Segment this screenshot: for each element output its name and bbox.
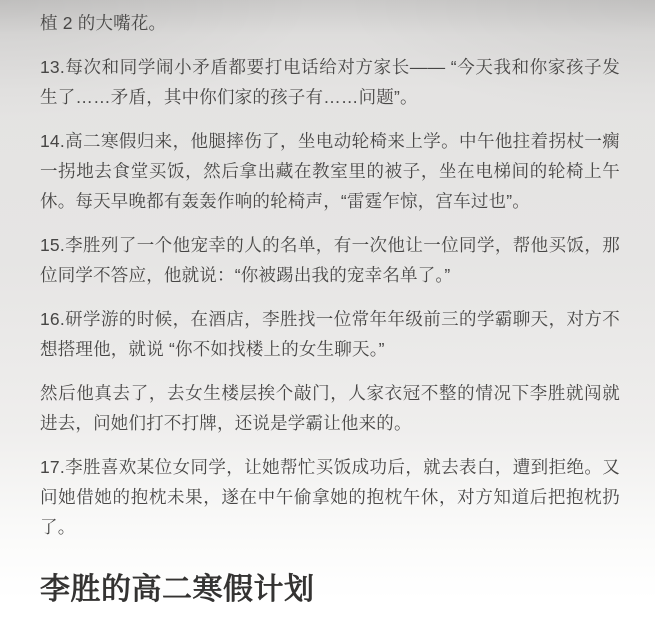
paragraph-continuation: 植 2 的大嘴花。 [40, 8, 620, 38]
paragraph-item-16-continued: 然后他真去了，去女生楼层挨个敲门，人家衣冠不整的情况下李胜就闯就进去，问她们打不… [40, 378, 620, 438]
paragraph-item-13: 13.每次和同学闹小矛盾都要打电话给对方家长—— “今天我和你家孩子发生了……矛… [40, 52, 620, 112]
paragraph-item-14: 14.高二寒假归来，他腿摔伤了，坐电动轮椅来上学。中午他拄着拐杖一瘸一拐地去食堂… [40, 126, 620, 216]
section-heading: 李胜的高二寒假计划 [40, 570, 620, 610]
paragraph-item-15: 15.李胜列了一个他宠幸的人的名单，有一次他让一位同学，帮他买饭，那位同学不答应… [40, 230, 620, 290]
paragraph-item-17: 17.李胜喜欢某位女同学，让她帮忙买饭成功后，就去表白，遭到拒绝。又问她借她的抱… [40, 452, 620, 542]
document-page: 植 2 的大嘴花。 13.每次和同学闹小矛盾都要打电话给对方家长—— “今天我和… [0, 0, 655, 610]
paragraph-item-16: 16.研学游的时候，在酒店，李胜找一位常年年级前三的学霸聊天，对方不想搭理他，就… [40, 304, 620, 364]
